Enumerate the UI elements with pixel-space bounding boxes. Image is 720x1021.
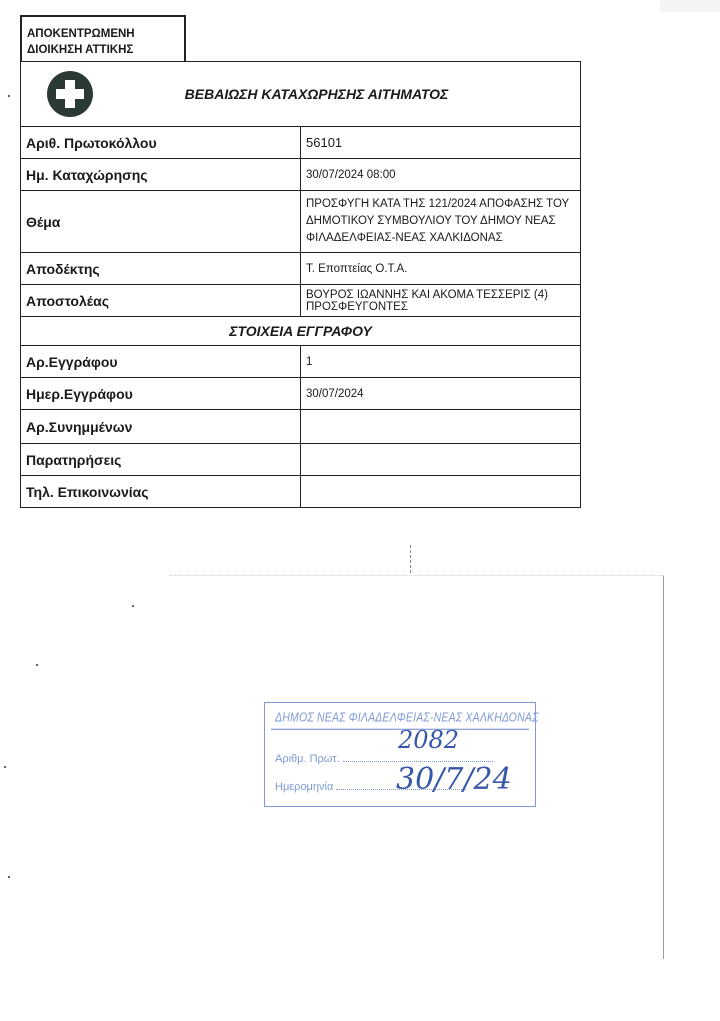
field-label: Αποδέκτης: [21, 253, 301, 285]
field-label: Θέμα: [21, 191, 301, 253]
table-row: Ημ. Καταχώρησης 30/07/2024 08:00: [21, 159, 581, 191]
table-row: Τηλ. Επικοινωνίας: [21, 476, 581, 508]
table-row: Αριθ. Πρωτοκόλλου 56101: [21, 127, 581, 159]
field-label: Αρ.Συνημμένων: [21, 410, 301, 444]
recipient-value: Τ. Εποπτείας Ο.Τ.Α.: [301, 253, 581, 285]
field-label: Παρατηρήσεις: [21, 444, 301, 476]
field-label: Ημ. Καταχώρησης: [21, 159, 301, 191]
scan-speck: [8, 95, 10, 97]
table-row: Αρ.Εγγράφου 1: [21, 346, 581, 378]
field-label: Ημερ.Εγγράφου: [21, 378, 301, 410]
handwritten-date: 30/7/24: [396, 762, 512, 797]
registration-date-value: 30/07/2024 08:00: [301, 159, 581, 191]
stamp-date-label: Ημερομηνία: [275, 781, 333, 793]
table-row: Θέμα ΠΡΟΣΦΥΓΗ ΚΑΤΑ ΤΗΣ 121/2024 ΑΠΟΦΑΣΗΣ…: [21, 191, 581, 253]
title-row: ΒΕΒΑΙΩΣΗ ΚΑΤΑΧΩΡΗΣΗΣ ΑΙΤΗΜΑΤΟΣ: [21, 62, 581, 127]
authority-name-line1: ΑΠΟΚΕΝΤΡΩΜΕΝΗ: [27, 26, 184, 42]
section-header-row: ΣΤΟΙΧΕΙΑ ΕΓΓΡΑΦΟΥ: [21, 317, 581, 346]
table-row: Ημερ.Εγγράφου 30/07/2024: [21, 378, 581, 410]
scan-speck: [132, 605, 134, 607]
table-row: Παρατηρήσεις: [21, 444, 581, 476]
field-label: Αποστολέας: [21, 285, 301, 317]
stamp-protocol-label: Αριθμ. Πρωτ.: [275, 753, 340, 765]
protocol-number-value: 56101: [301, 127, 581, 159]
table-row: Αποδέκτης Τ. Εποπτείας Ο.Τ.Α.: [21, 253, 581, 285]
document-title: ΒΕΒΑΙΩΣΗ ΚΑΤΑΧΩΡΗΣΗΣ ΑΙΤΗΜΑΤΟΣ: [93, 86, 580, 102]
subject-value: ΠΡΟΣΦΥΓΗ ΚΑΤΑ ΤΗΣ 121/2024 ΑΠΟΦΑΣΗΣ ΤΟΥ …: [301, 191, 581, 253]
authority-header: ΑΠΟΚΕΝΤΡΩΜΕΝΗ ΔΙΟΙΚΗΣΗ ΑΤΤΙΚΗΣ: [20, 15, 186, 62]
remarks-value: [301, 444, 581, 476]
field-label: Αριθ. Πρωτοκόλλου: [21, 127, 301, 159]
field-label: Τηλ. Επικοινωνίας: [21, 476, 301, 508]
scan-speck: [4, 766, 6, 768]
registration-certificate-table: ΒΕΒΑΙΩΣΗ ΚΑΤΑΧΩΡΗΣΗΣ ΑΙΤΗΜΑΤΟΣ Αριθ. Πρω…: [20, 61, 581, 508]
handwritten-protocol-number: 2082: [398, 726, 459, 754]
section-title: ΣΤΟΙΧΕΙΑ ΕΓΓΡΑΦΟΥ: [21, 317, 581, 346]
document-number-value: 1: [301, 346, 581, 378]
scan-speck: [36, 664, 38, 666]
contact-phone-value: [301, 476, 581, 508]
scan-edge-shade: [660, 0, 720, 12]
scan-artifact: [410, 545, 412, 573]
field-label: Αρ.Εγγράφου: [21, 346, 301, 378]
table-row: Αποστολέας ΒΟΥΡΟΣ ΙΩΑΝΝΗΣ ΚΑΙ ΑΚΟΜΑ ΤΕΣΣ…: [21, 285, 581, 317]
attachments-value: [301, 410, 581, 444]
scan-speck: [8, 876, 10, 878]
sender-value: ΒΟΥΡΟΣ ΙΩΑΝΝΗΣ ΚΑΙ ΑΚΟΜΑ ΤΕΣΣΕΡΙΣ (4) ΠΡ…: [301, 285, 581, 317]
greek-cross-emblem-icon: [47, 71, 93, 117]
authority-name-line2: ΔΙΟΙΚΗΣΗ ΑΤΤΙΚΗΣ: [27, 42, 184, 58]
table-row: Αρ.Συνημμένων: [21, 410, 581, 444]
document-date-value: 30/07/2024: [301, 378, 581, 410]
